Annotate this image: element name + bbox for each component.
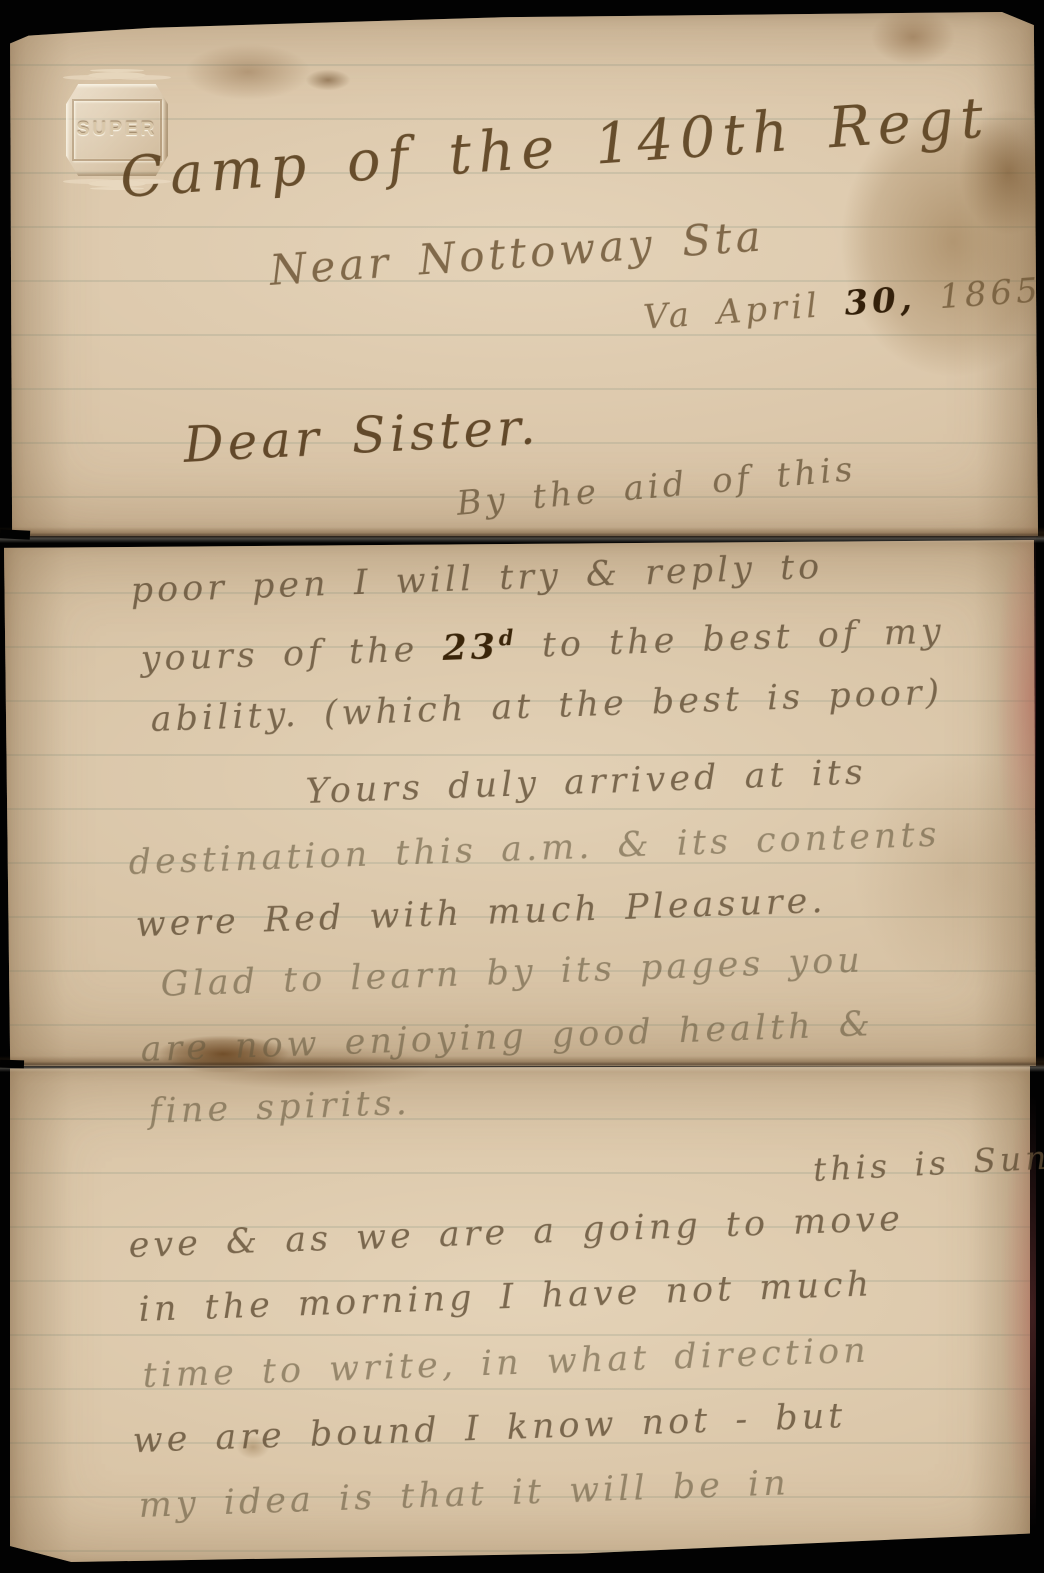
paper-fold-panel-middle	[4, 540, 1036, 1066]
super-embossing-stamp: SUPER	[66, 84, 168, 176]
stamp-ornament-top	[88, 72, 146, 79]
paper-edge-notch	[0, 529, 30, 540]
stamp-ornament-bottom	[88, 180, 146, 187]
paper-edge-notch	[0, 1060, 24, 1069]
paper-fold-panel-top	[8, 12, 1038, 536]
stamp-frame: SUPER	[72, 99, 162, 160]
stamp-label: SUPER	[77, 119, 157, 141]
paper-fold-panel-bottom	[10, 1066, 1030, 1566]
scanned-letter-page: SUPER Camp of the 140th Regt Near Nottow…	[0, 0, 1044, 1573]
